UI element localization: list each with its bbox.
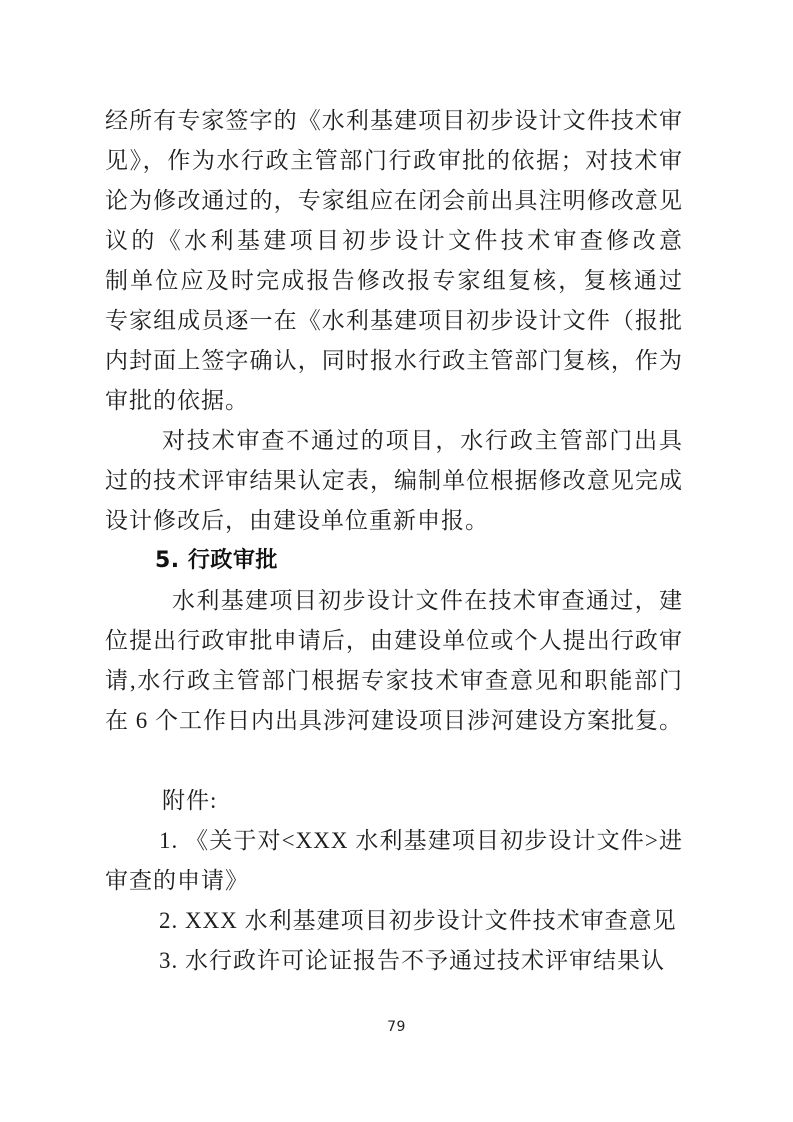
text-line: 见》，作为水行政主管部门行政审批的依据；对技术审查结	[105, 141, 683, 181]
text-line: 1. 《关于对<XXX 水利基建项目初步设计文件>进行技术	[105, 821, 683, 861]
text-line: 制单位应及时完成报告修改报专家组复核，复核通过的，由	[105, 261, 683, 301]
text-line: 位提出行政审批申请后，由建设单位或个人提出行政审批申	[105, 621, 683, 661]
text-body: 经所有专家签字的《水利基建项目初步设计文件技术审查意见》，作为水行政主管部门行政…	[105, 101, 683, 981]
text-line: 在 6 个工作日内出具涉河建设项目涉河建设方案批复。	[105, 701, 683, 741]
page-number: 79	[0, 1019, 793, 1035]
text-line: 内封面上签字确认，同时报水行政主管部门复核，作为行政	[105, 341, 683, 381]
text-line: 水利基建项目初步设计文件在技术审查通过，建设单	[105, 581, 683, 621]
text-line: 3. 水行政许可论证报告不予通过技术评审结果认定表	[105, 941, 683, 981]
text-line: 经所有专家签字的《水利基建项目初步设计文件技术审查意	[105, 101, 683, 141]
text-line: 请,水行政主管部门根据专家技术审查意见和职能部门意见，	[105, 661, 683, 701]
text-line: 过的技术评审结果认定表，编制单位根据修改意见完成初步	[105, 461, 683, 501]
section-heading: 5. 行政审批	[105, 541, 683, 581]
text-line: 附件:	[105, 781, 683, 821]
text-line: 审批的依据。	[105, 381, 683, 421]
document-page: 经所有专家签字的《水利基建项目初步设计文件技术审查意见》，作为水行政主管部门行政…	[0, 0, 793, 1122]
blank-line	[105, 741, 683, 781]
text-line: 论为修改通过的，专家组应在闭会前出具注明修改意见和建	[105, 181, 683, 221]
text-line: 议的《水利基建项目初步设计文件技术审查修改意见》，编	[105, 221, 683, 261]
text-line: 审查的申请》	[105, 861, 683, 901]
text-line: 2. XXX 水利基建项目初步设计文件技术审查意见	[105, 901, 683, 941]
text-line: 专家组成员逐一在《水利基建项目初步设计文件（报批稿）》	[105, 301, 683, 341]
text-line: 对技术审查不通过的项目，水行政主管部门出具不予通	[105, 421, 683, 461]
text-line: 设计修改后，由建设单位重新申报。	[105, 501, 683, 541]
